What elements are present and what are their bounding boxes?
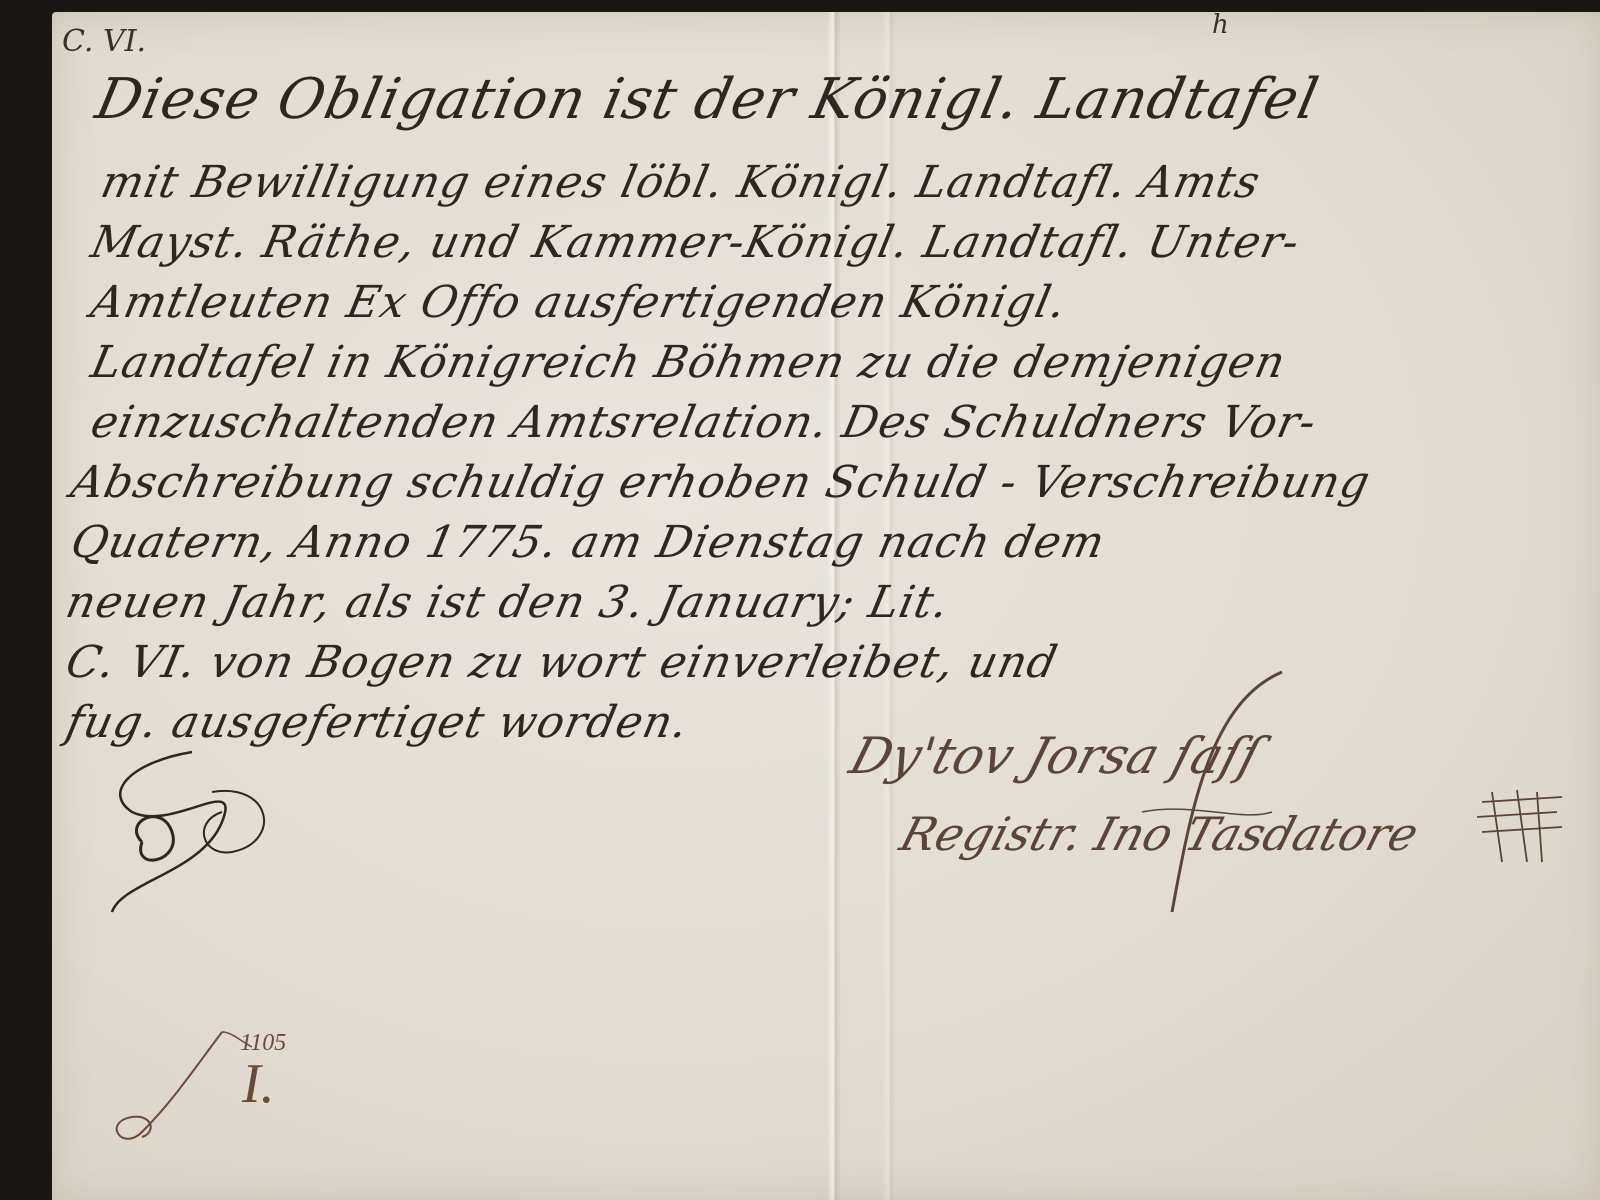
text-line: mit Bewilligung eines löbl. Königl. Land…	[97, 157, 1265, 208]
text-line: Quatern, Anno 1775. am Dienstag nach dem	[67, 517, 1110, 568]
corner-reference: C. VI.	[62, 24, 146, 59]
manuscript-page: C. VI. h Diese Obligation ist der Königl…	[52, 12, 1600, 1200]
text-line: Landtafel in Königreich Böhmen zu die de…	[87, 337, 1291, 388]
text-line: Diese Obligation ist der Königl. Landtaf…	[90, 67, 1324, 132]
text-line: Mayst. Räthe, und Kammer-Königl. Landtaf…	[87, 217, 1305, 268]
signature-flourish	[1132, 662, 1332, 922]
top-annotation: h	[1212, 10, 1229, 40]
text-line: C. VI. von Bogen zu wort einverleibet, u…	[62, 637, 1063, 688]
text-line: neuen Jahr, als ist den 3. January; Lit.	[62, 577, 954, 628]
numero-flourish	[102, 1022, 262, 1142]
signature-scribble	[1472, 782, 1572, 872]
text-line: Abschreibung schuldig erhoben Schuld - V…	[67, 457, 1375, 508]
text-line: einzuschaltenden Amtsrelation. Des Schul…	[87, 397, 1322, 448]
paraph-flourish	[72, 732, 332, 922]
text-line: Amtleuten Ex Offo ausfertigenden Königl.	[87, 277, 1072, 328]
numero-value: I.	[242, 1052, 275, 1116]
